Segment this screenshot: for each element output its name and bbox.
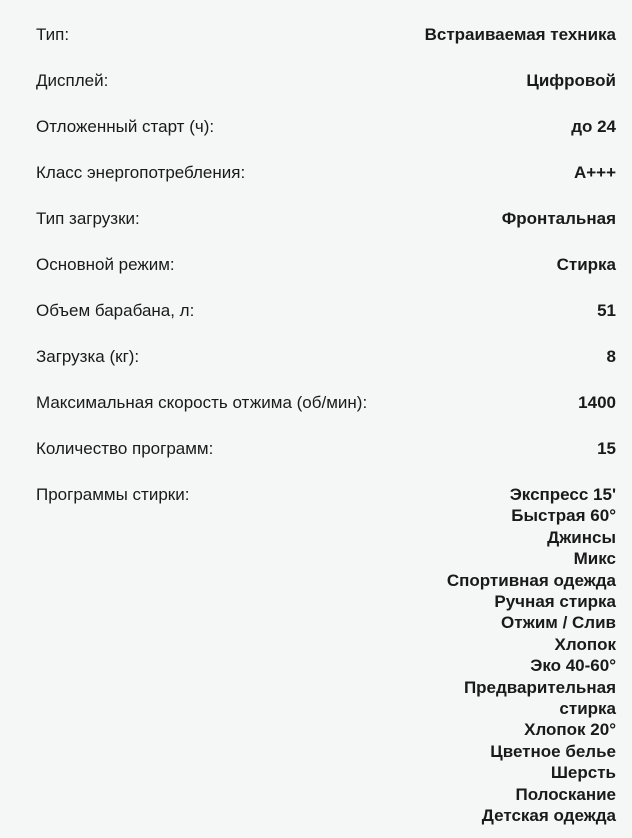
spec-row-type: Тип: Встраиваемая техника (36, 24, 616, 45)
spec-label: Тип загрузки: (36, 208, 140, 229)
spec-value: Фронтальная (502, 208, 616, 229)
program-item: Экспресс 15' (510, 484, 616, 505)
spec-row-programs: Программы стирки: Экспресс 15' Быстрая 6… (36, 484, 616, 827)
spec-label: Тип: (36, 24, 69, 45)
spec-label: Количество программ: (36, 438, 213, 459)
spec-row-display: Дисплей: Цифровой (36, 70, 616, 91)
spec-label: Отложенный старт (ч): (36, 116, 214, 137)
spec-value: 1400 (578, 392, 616, 413)
spec-value: 15 (597, 438, 616, 459)
program-item: Микс (574, 548, 616, 569)
spec-value: 51 (597, 300, 616, 321)
spec-label: Максимальная скорость отжима (об/мин): (36, 392, 367, 413)
spec-row-drum-volume: Объем барабана, л: 51 (36, 300, 616, 321)
spec-label: Загрузка (кг): (36, 346, 139, 367)
spec-value: A+++ (574, 162, 616, 183)
spec-row-main-mode: Основной режим: Стирка (36, 254, 616, 275)
program-item: Цветное белье (490, 741, 616, 762)
program-item: Спортивная одежда (447, 570, 616, 591)
spec-value: Стирка (557, 254, 616, 275)
program-item: Джинсы (547, 527, 616, 548)
spec-row-spin-speed: Максимальная скорость отжима (об/мин): 1… (36, 392, 616, 413)
spec-row-load-type: Тип загрузки: Фронтальная (36, 208, 616, 229)
program-item: Детская одежда (482, 805, 616, 826)
spec-row-load-capacity: Загрузка (кг): 8 (36, 346, 616, 367)
spec-row-delayed-start: Отложенный старт (ч): до 24 (36, 116, 616, 137)
program-item: Хлопок (555, 634, 616, 655)
program-item: Быстрая 60° (511, 505, 616, 526)
program-item: Ручная стирка (494, 591, 616, 612)
spec-row-energy-class: Класс энергопотребления: A+++ (36, 162, 616, 183)
spec-label: Класс энергопотребления: (36, 162, 245, 183)
program-item: Полоскание (515, 784, 616, 805)
spec-label: Программы стирки: (36, 484, 189, 505)
program-item: Шерсть (551, 762, 616, 783)
spec-value: Цифровой (526, 70, 616, 91)
program-item: Эко 40-60° (530, 655, 616, 676)
program-item: Предварительная стирка (416, 677, 616, 720)
program-list: Экспресс 15' Быстрая 60° Джинсы Микс Спо… (416, 484, 616, 827)
spec-label: Основной режим: (36, 254, 175, 275)
spec-value: до 24 (571, 116, 616, 137)
spec-label: Дисплей: (36, 70, 108, 91)
program-item: Отжим / Слив (501, 612, 616, 633)
spec-value: Встраиваемая техника (425, 24, 616, 45)
spec-row-program-count: Количество программ: 15 (36, 438, 616, 459)
program-item: Хлопок 20° (524, 719, 616, 740)
spec-label: Объем барабана, л: (36, 300, 194, 321)
spec-value: 8 (607, 346, 616, 367)
